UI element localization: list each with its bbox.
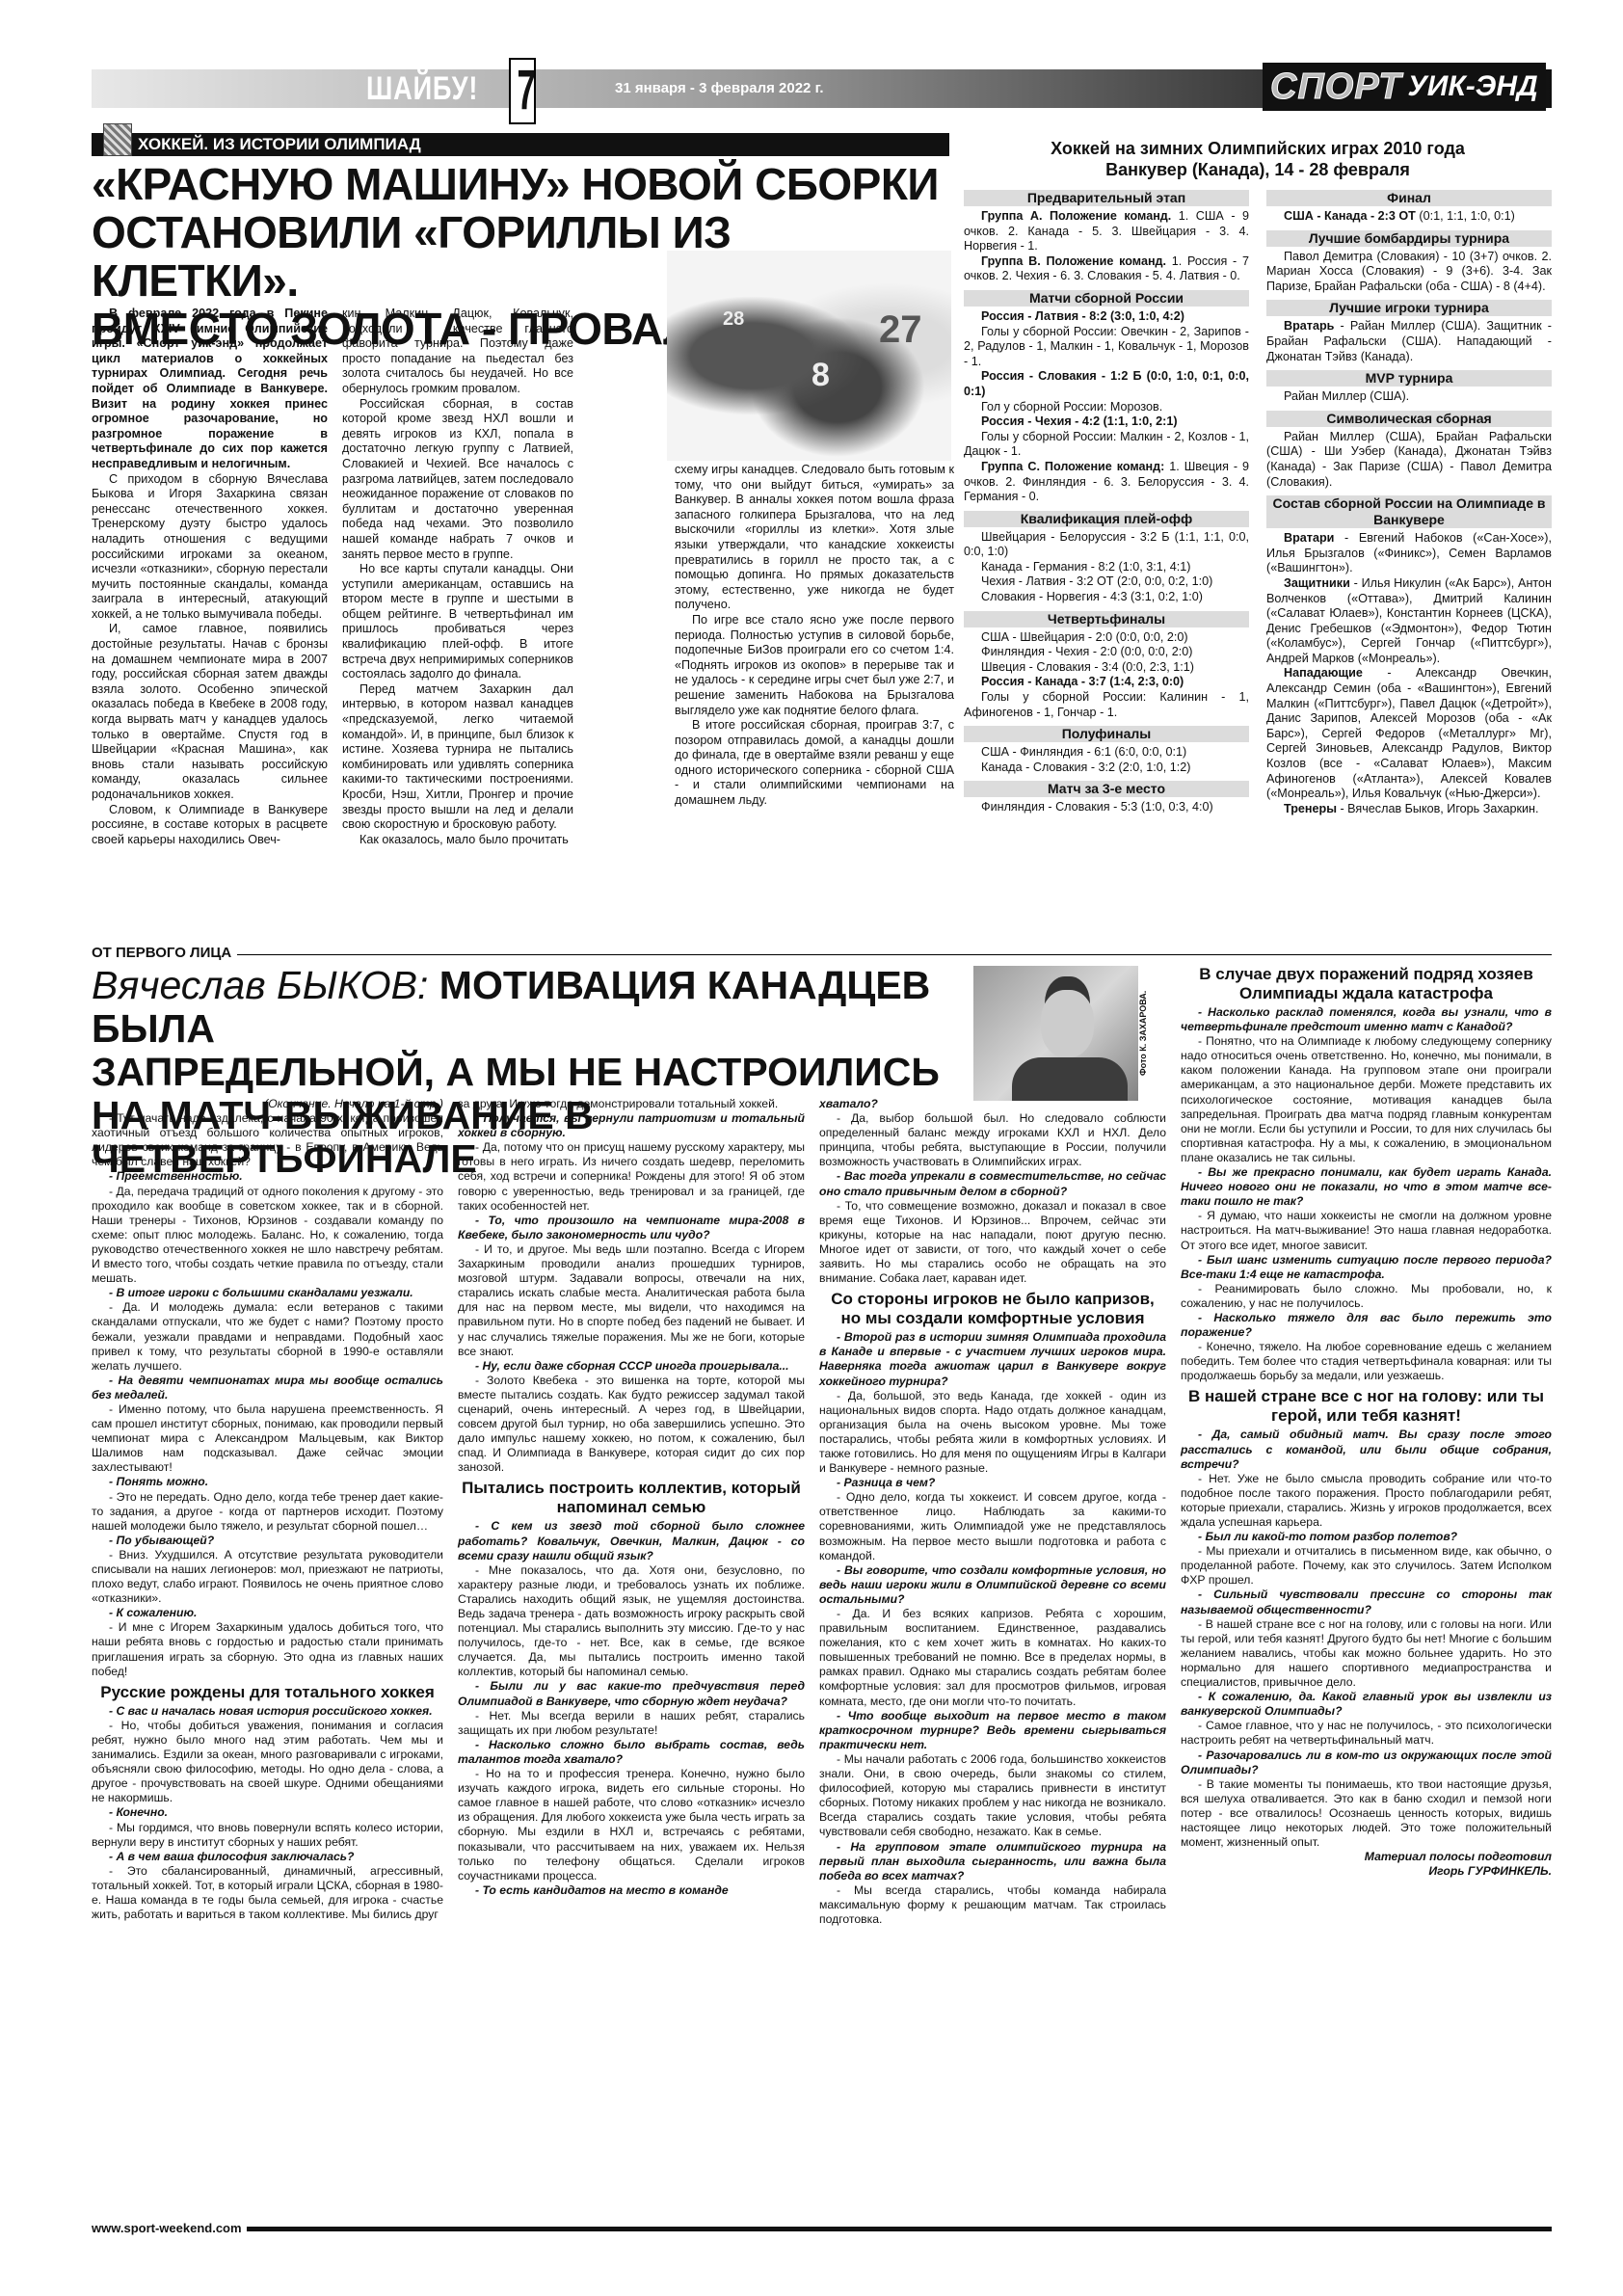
results-subtitle: Ванкувер (Канада), 14 - 28 февраля	[964, 159, 1552, 180]
interview-answer: - Это не передать. Одно дело, когда тебе…	[92, 1490, 443, 1534]
interview-question: - Насколько тяжело для вас было пережить…	[1181, 1311, 1552, 1340]
brand-logo: СПОРТ УИК-ЭНД	[1263, 63, 1546, 111]
interview-answer: - Мы приехали и отчитались в письменном …	[1181, 1544, 1552, 1588]
results-item: Швеция - Словакия - 3:4 (0:0, 2:3, 1:1)	[964, 660, 1249, 676]
interview-answer: - Да, большой, это ведь Канада, где хокк…	[819, 1389, 1166, 1477]
results-item: Тренеры - Вячеслав Быков, Игорь Захаркин…	[1266, 802, 1552, 817]
continuation-note: (Окончание. Начало на 1-й стр.)	[92, 1097, 443, 1111]
results-item: Россия - Словакия - 1:2 Б (0:0, 1:0, 0:1…	[964, 369, 1249, 399]
results-title: Хоккей на зимних Олимпийских играх 2010 …	[964, 138, 1552, 159]
results-item: Гол у сборной России: Морозов.	[964, 400, 1249, 415]
results-item: Россия - Канада - 3:7 (1:4, 2:3, 0:0)	[964, 675, 1249, 690]
interview-answer: - Конечно, тяжело. На любое соревнование…	[1181, 1340, 1552, 1383]
footer-url[interactable]: www.sport-weekend.com	[92, 2221, 247, 2235]
results-item: Канада - Словакия - 3:2 (2:0, 1:0, 1:2)	[964, 761, 1249, 776]
interview-answer: - Именно потому, что была нарушена преем…	[92, 1402, 443, 1475]
results-left-column: Предварительный этапГруппа А. Положение …	[964, 184, 1249, 816]
results-item: Группа C. Положение команд: 1. Швеция - …	[964, 460, 1249, 505]
interview-column-1: (Окончание. Начало на 1-й стр.) - Тут на…	[92, 1097, 443, 1922]
interview-answer: - В нашей стране все с ног на голову, ил…	[1181, 1617, 1552, 1690]
results-item: Райан Миллер (США), Брайан Рафальски (СШ…	[1266, 430, 1552, 490]
interview-question: хватало?	[819, 1097, 1166, 1111]
results-item: Голы у сборной России: Овечкин - 2, Зари…	[964, 325, 1249, 370]
interview-question: - По убывающей?	[92, 1534, 443, 1548]
interview-answer: - И мне с Игорем Захаркиным удалось доби…	[92, 1620, 443, 1678]
interview-question: - Разница в чем?	[819, 1476, 1166, 1490]
interview-answer: - Нет. Уже не было смысла проводить собр…	[1181, 1472, 1552, 1530]
interview-answer: - Понятно, что на Олимпиаде к любому сле…	[1181, 1034, 1552, 1165]
results-item: Россия - Латвия - 8:2 (3:0, 1:0, 4:2)	[964, 309, 1249, 325]
results-item: Группа А. Положение команд. 1. США - 9 о…	[964, 209, 1249, 254]
interview-answer: - Золото Квебека - это вишенка на торте,…	[458, 1374, 805, 1476]
results-section-header: Состав сборной России на Олимпиаде в Ван…	[1266, 495, 1552, 528]
interview-column-3: хватало?- Да, выбор большой был. Но след…	[819, 1097, 1166, 1927]
brand-sub: УИК-ЭНД	[1407, 70, 1537, 103]
interview-question: - В итоге игроки с большими скандалами у…	[92, 1286, 443, 1300]
issue-date: 31 января - 3 февраля 2022 г.	[615, 69, 823, 108]
article1-lead: В феврале 2022 года в Пекине пройдут XXI…	[92, 307, 328, 472]
interview-answer: - Самое главное, что у нас не получилось…	[1181, 1719, 1552, 1748]
interview-question: - Понять можно.	[92, 1475, 443, 1489]
interview-subheading: Пытались построить коллектив, который на…	[458, 1479, 805, 1517]
interview-question: - Получается, вы вернули патриотизм и то…	[458, 1111, 805, 1140]
results-item: Павол Демитра (Словакия) - 10 (3+7) очко…	[1266, 250, 1552, 295]
interview-question: - На групповом этапе олимпийского турнир…	[819, 1840, 1166, 1883]
brand-main: СПОРТ	[1270, 67, 1401, 108]
interview-question: - То, что произошло на чемпионате мира-2…	[458, 1214, 805, 1242]
interview-subheading: В случае двух поражений подряд хозяев Ол…	[1181, 965, 1552, 1003]
results-section-header: MVP турнира	[1266, 370, 1552, 387]
rubric-label: ХОККЕЙ. ИЗ ИСТОРИИ ОЛИМПИАД	[138, 133, 421, 156]
results-item: Голы у сборной России: Малкин - 2, Козло…	[964, 430, 1249, 460]
interview-question: - То есть кандидатов на место в команде	[458, 1883, 805, 1898]
results-section-header: Предварительный этап	[964, 190, 1249, 206]
results-item: Вратари - Евгений Набоков («Сан-Хосе»), …	[1266, 531, 1552, 576]
interview-question: - Ну, если даже сборная СССР иногда прои…	[458, 1359, 805, 1374]
interview-answer: - Нет. Мы всегда верили в наших ребят, с…	[458, 1709, 805, 1738]
interview-subheading: Со стороны игроков не было капризов, но …	[819, 1290, 1166, 1328]
interview-answer: - Мы начали работать с 2006 года, больши…	[819, 1752, 1166, 1840]
interview-question: - Вас тогда упрекали в совместительстве,…	[819, 1169, 1166, 1198]
interview-question: - Был шанс изменить ситуацию после перво…	[1181, 1253, 1552, 1282]
interview-answer: - Я думаю, что наши хоккеисты не смогли …	[1181, 1209, 1552, 1252]
interview-answer: - То, что совмещение возможно, доказал и…	[819, 1199, 1166, 1287]
results-section-header: Матч за 3-е место	[964, 781, 1249, 797]
results-section-header: Квалификация плей-офф	[964, 511, 1249, 527]
interview-question: - Был ли какой-то потом разбор полетов?	[1181, 1530, 1552, 1544]
results-item: Россия - Чехия - 4:2 (1:1, 1:0, 2:1)	[964, 414, 1249, 430]
interview-question: - К сожалению.	[92, 1606, 443, 1620]
interview-answer: - Но, чтобы добиться уважения, понимания…	[92, 1719, 443, 1806]
author-signature: Игорь ГУРФИНКЕЛЬ.	[1181, 1864, 1552, 1879]
results-section-header: Матчи сборной России	[964, 290, 1249, 307]
results-item: Нападающие - Александр Овечкин, Александ…	[1266, 666, 1552, 801]
interview-answer: - Да, потому что он присущ нашему русско…	[458, 1140, 805, 1213]
results-item: Голы у сборной России: Калинин - 1, Афин…	[964, 690, 1249, 720]
interview-answer: - Да. И без всяких капризов. Ребята с хо…	[819, 1607, 1166, 1709]
hockey-game-photo: 28 8 27	[667, 251, 951, 461]
interviewee-name: Вячеслав БЫКОВ:	[92, 963, 428, 1007]
page-number: 7	[509, 58, 536, 124]
interview-question: - Насколько сложно было выбрать состав, …	[458, 1738, 805, 1767]
section-title: ШАЙБУ!	[366, 69, 478, 108]
interview-question: - Конечно.	[92, 1805, 443, 1820]
results-item: Чехия - Латвия - 3:2 ОТ (2:0, 0:0, 0:2, …	[964, 574, 1249, 590]
photo-credit: Фото К. ЗАХАРОВА.	[1138, 966, 1152, 1101]
interview-question: - Сильный чувствовали прессинг со сторон…	[1181, 1588, 1552, 1616]
interview-question: - Что вообще выходит на первое место в т…	[819, 1709, 1166, 1752]
bykov-portrait-photo: Фото К. ЗАХАРОВА.	[973, 966, 1152, 1101]
interview-answer: - Вниз. Ухудшился. А отсутствие результа…	[92, 1548, 443, 1606]
results-item: США - Швейцария - 2:0 (0:0, 0:0, 2:0)	[964, 630, 1249, 646]
interview-answer: - Тут начать надо издалека, с начала 90-…	[92, 1111, 443, 1169]
interview-question: - С кем из звезд той сборной было сложне…	[458, 1519, 805, 1562]
interview-question: - Вы говорите, что создали комфортные ус…	[819, 1563, 1166, 1607]
interview-column-4: В случае двух поражений подряд хозяев Ол…	[1181, 961, 1552, 1879]
interview-answer: - И то, и другое. Мы ведь шли поэтапно. …	[458, 1242, 805, 1359]
results-item: Группа B. Положение команд. 1. Россия - …	[964, 254, 1249, 284]
author-signature: Материал полосы подготовил	[1181, 1850, 1552, 1864]
interview-question: - Да, самый обидный матч. Вы сразу после…	[1181, 1428, 1552, 1471]
interview-question: - Разочаровались ли в ком-то из окружающ…	[1181, 1749, 1552, 1777]
interview-question: - К сожалению, да. Какой главный урок вы…	[1181, 1690, 1552, 1719]
interview-question: - А в чем ваша философия заключалась?	[92, 1850, 443, 1864]
interview-question: - Насколько расклад поменялся, когда вы …	[1181, 1005, 1552, 1034]
interview-question: - С вас и началась новая история российс…	[92, 1704, 443, 1719]
results-section-header: Лучшие бомбардиры турнира	[1266, 230, 1552, 247]
results-item: США - Финляндия - 6:1 (6:0, 0:0, 0:1)	[964, 745, 1249, 761]
olympic-results-box: Хоккей на зимних Олимпийских играх 2010 …	[964, 138, 1552, 816]
interview-question: - На девяти чемпионатах мира мы вообще о…	[92, 1374, 443, 1402]
interview-answer: - Мы всегда старались, чтобы команда наб…	[819, 1883, 1166, 1927]
results-section-header: Лучшие игроки турнира	[1266, 300, 1552, 316]
interview-question: - Преемственностью.	[92, 1169, 443, 1184]
interview-answer: за друга. И уже тогда демонстрировали то…	[458, 1097, 805, 1111]
hockey-player-icon	[103, 123, 132, 156]
results-item: Защитники - Илья Никулин («Ак Барс»), Ан…	[1266, 576, 1552, 667]
results-item: Финляндия - Словакия - 5:3 (1:0, 0:3, 4:…	[964, 800, 1249, 815]
interview-answer: - В такие моменты ты понимаешь, кто твои…	[1181, 1777, 1552, 1850]
interview-answer: - Да. И молодежь думала: если ветеранов …	[92, 1300, 443, 1373]
results-item: США - Канада - 2:3 ОТ (0:1, 1:1, 1:0, 0:…	[1266, 209, 1552, 225]
interview-answer: - Да, передача традиций от одного поколе…	[92, 1185, 443, 1287]
interview-answer: - Реанимировать было сложно. Мы пробовал…	[1181, 1282, 1552, 1311]
interview-answer: - Мы гордимся, что вновь повернули вспят…	[92, 1821, 443, 1850]
results-item: Вратарь - Райан Миллер (США). Защитник -…	[1266, 319, 1552, 364]
results-section-header: Символическая сборная	[1266, 411, 1552, 427]
interview-subheading: В нашей стране все с ног на голову: или …	[1181, 1387, 1552, 1426]
article1-column-1: В феврале 2022 года в Пекине пройдут XXI…	[92, 307, 328, 847]
interview-question: - Второй раз в истории зимняя Олимпиада …	[819, 1330, 1166, 1388]
section-divider	[92, 954, 1552, 955]
interview-subheading: Русские рождены для тотального хоккея	[92, 1683, 443, 1702]
interview-answer: - Да, выбор большой был. Но следовало со…	[819, 1111, 1166, 1169]
interview-answer: - Мне показалось, что да. Хотя они, безу…	[458, 1563, 805, 1680]
results-section-header: Финал	[1266, 190, 1552, 206]
results-item: Райан Миллер (США).	[1266, 389, 1552, 405]
results-item: Канада - Германия - 8:2 (1:0, 3:1, 4:1)	[964, 560, 1249, 575]
results-section-header: Четвертьфиналы	[964, 611, 1249, 627]
interview-question: - Вы же прекрасно понимали, как будет иг…	[1181, 1165, 1552, 1209]
interview-answer: - Но на то и профессия тренера. Конечно,…	[458, 1767, 805, 1883]
results-right-column: ФиналСША - Канада - 2:3 ОТ (0:1, 1:1, 1:…	[1266, 184, 1552, 816]
article1-column-2: кин, Малкин, Дацюк, Ковальчук, подходили…	[342, 307, 573, 847]
results-section-header: Полуфиналы	[964, 726, 1249, 742]
interview-answer: - Это сбалансированный, динамичный, агре…	[92, 1864, 443, 1922]
article2-rubric: ОТ ПЕРВОГО ЛИЦА	[92, 945, 237, 961]
interview-column-2: за друга. И уже тогда демонстрировали то…	[458, 1097, 805, 1898]
rubric-bar: ХОККЕЙ. ИЗ ИСТОРИИ ОЛИМПИАД	[92, 133, 949, 156]
footer-rule	[154, 2227, 1552, 2231]
results-item: Швейцария - Белоруссия - 3:2 Б (1:1, 1:1…	[964, 530, 1249, 560]
interview-question: - Были ли у вас какие-то предчувствия пе…	[458, 1679, 805, 1708]
results-item: Словакия - Норвегия - 4:3 (3:1, 0:2, 1:0…	[964, 590, 1249, 605]
results-item: Финляндия - Чехия - 2:0 (0:0, 0:0, 2:0)	[964, 645, 1249, 660]
interview-answer: - Одно дело, когда ты хоккеист. И совсем…	[819, 1490, 1166, 1562]
article1-column-3: схему игры канадцев. Следовало быть гото…	[675, 463, 954, 809]
